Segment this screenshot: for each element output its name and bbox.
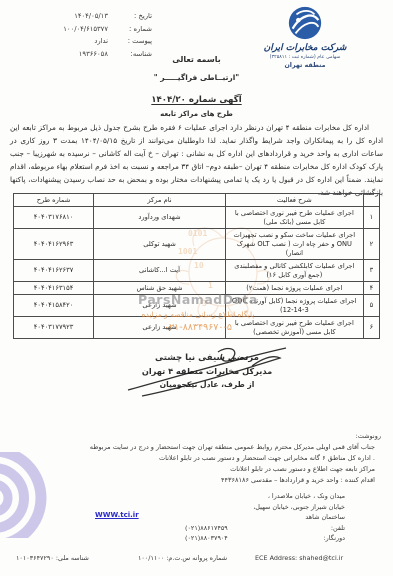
row-plan-no: ۴۰۴۰۴۱۶۳۱۵۴ [14,282,94,295]
row-activity: اجرای عملیات پروژه نجما (همت۲) [225,282,363,295]
header-index [363,194,379,207]
date-label: تاریخ : [108,10,152,23]
company-name: شرکت مخابرات ایران [245,42,365,54]
license-value: ۱۰۰/۱۱۰۰ [138,554,164,562]
notice-title: آگهی شماره ۱۴۰۴/۲۰ [0,95,393,105]
cc-item: اقدام کننده : واحد خرید و قراردادها – مق… [76,475,381,486]
cc-item: جناب آقای قمی اویلی مدیرکل محترم روابط ع… [76,442,381,453]
phone-value: (۰۲۱)۸۸۶۱۷۴۵۹ [185,523,228,534]
cc-item: مراکز تابعه جهت اطلاع و دستور نصب در تاب… [76,464,381,475]
notice-subtitle: طرح های مراکز تابعه [0,110,393,118]
row-plan-no: ۴۰۴۰۳۱۷۶۸۱۰ [14,207,94,229]
number-value: ۱۰۰/۰۴/۶۱۵۳۷۷ [10,23,108,36]
row-center: شهید زارعی [94,295,226,317]
row-index: ۲ [363,229,379,260]
header-plan-no: شماره طرح [14,194,94,207]
phone-label: تلفن: [331,523,345,534]
national-id: شناسه ملی: ۱۰۱۰۳۶۴۷۲۹۰ [16,554,89,562]
address-block: میدان ونک ، خیابان ملاصدرا ، خیابان شیرا… [185,491,345,544]
cc-item: . اداره کل مناطق ۶ گانه مخابراتی جهت است… [76,453,381,464]
row-center: شهید توکلی [94,229,226,260]
row-activity: اجرای عملیات پروژه نجما (کابل آورنده ODC… [225,295,363,317]
table-row: ۱ اجرای عملیات طرح فیبر نوری اختصاصی با … [14,207,380,229]
fax-value: (۰۲۱)۸۸۰۳۷۹۰۴ [185,533,228,544]
row-index: ۶ [363,317,379,339]
table-row: ۴ اجرای عملیات پروژه نجما (همت۲) شهید حق… [14,282,380,295]
row-activity: اجرای عملیات کابلکشی کانالی و مفصلبندی (… [225,260,363,282]
attachment-label: پیوست : [108,35,152,48]
tci-arcs-watermark [0,452,72,538]
notice-body-paragraph: اداره کل مخابرات منطقه ۴ تهران درنظر دار… [10,121,383,200]
company-slogan: "ارتبــاطی فراگیـــــر " [0,73,393,82]
signatory-name: مرتضی سیفی نیا چشتی [118,352,296,365]
row-index: ۳ [363,260,379,282]
meta-date: تاریخ : ۱۴۰۴/۰۵/۱۳ [10,10,152,23]
table-row: ۲ اجرای عملیات ساخت سکو و نصب تجهیزات ON… [14,229,380,260]
row-index: ۴ [363,282,379,295]
license-label: شماره پروانه س.ت.م: [166,554,227,562]
plans-table: شرح فعالیت نام مرکز شماره طرح ۱ اجرای عم… [13,193,380,339]
row-activity: اجرای عملیات طرح فیبر نوری اختصاصی با کا… [225,317,363,339]
signatory-deputy: از طرف، عادل نیکجومیان [118,378,296,391]
national-id-label: شناسه ملی: [56,554,89,562]
fax-label: دورنگار: [323,533,345,544]
table-row: ۳ اجرای عملیات کابلکشی کانالی و مفصلبندی… [14,260,380,282]
meta-number: شماره : ۱۰۰/۰۴/۶۱۵۳۷۷ [10,23,152,36]
license-number: شماره پروانه س.ت.م: ۱۰۰/۱۱۰۰ [138,554,227,562]
row-plan-no: ۴۰۴۰۴۱۵۸۴۲۰ [14,295,94,317]
row-center: شهید حق شناس [94,282,226,295]
header-center: نام مرکز [94,194,226,207]
bismillah-heading: باسمه تعالی [0,55,393,64]
address-line: خیابان شیراز جنوبی، خیابان سهیل، [185,502,345,513]
number-label: شماره : [108,23,152,36]
tci-website-link[interactable]: WWW.tci.ir [95,511,139,519]
cc-label: رونوشت: [76,430,381,442]
table-header-row: شرح فعالیت نام مرکز شماره طرح [14,194,380,207]
phone-row: تلفن: (۰۲۱)۸۸۶۱۷۴۵۹ [185,523,345,534]
row-plan-no: ۴۰۴۰۴۱۶۲۶۳۷ [14,260,94,282]
tci-logo-icon [286,4,324,42]
scanned-letter-page: تاریخ : ۱۴۰۴/۰۵/۱۳ شماره : ۱۰۰/۰۴/۶۱۵۳۷۷… [0,0,393,576]
address-line: ساختمان شاهد [185,512,345,523]
letter-meta: تاریخ : ۱۴۰۴/۰۵/۱۳ شماره : ۱۰۰/۰۴/۶۱۵۳۷۷… [10,10,152,60]
row-index: ۵ [363,295,379,317]
attachment-value: ندارد [10,35,108,48]
table-row: ۵ اجرای عملیات پروژه نجما (کابل آورنده O… [14,295,380,317]
meta-attachment: پیوست : ندارد [10,35,152,48]
row-plan-no: ۴۰۴۰۴۱۶۲۹۶۳ [14,229,94,260]
date-value: ۱۴۰۴/۰۵/۱۳ [10,10,108,23]
address-line: میدان ونک ، خیابان ملاصدرا ، [185,491,345,502]
row-activity: اجرای عملیات ساخت سکو و نصب تجهیزات ONU … [225,229,363,260]
ece-address: ECE Address: shahed@tci.ir [255,554,343,562]
row-activity: اجرای عملیات طرح فیبر نوری اختصاصی با کا… [225,207,363,229]
signatory-title: مدیرکل مخابرات منطقه ۴ تهران [118,365,296,378]
row-center: آیت ا...کاشانی [94,260,226,282]
row-center: شهید زارعی [94,317,226,339]
row-plan-no: ۴۰۴۰۳۱۷۷۹۲۳ [14,317,94,339]
row-index: ۱ [363,207,379,229]
table-row: ۶ اجرای عملیات طرح فیبر نوری اختصاصی با … [14,317,380,339]
row-center: شهدای وردآورد [94,207,226,229]
cc-section: رونوشت: جناب آقای قمی اویلی مدیرکل محترم… [76,430,381,486]
header-activity: شرح فعالیت [225,194,363,207]
national-id-value: ۱۰۱۰۳۶۴۷۲۹۰ [16,554,54,562]
fax-row: دورنگار: (۰۲۱)۸۸۰۳۷۹۰۴ [185,533,345,544]
signature-block: مرتضی سیفی نیا چشتی مدیرکل مخابرات منطقه… [118,352,296,391]
